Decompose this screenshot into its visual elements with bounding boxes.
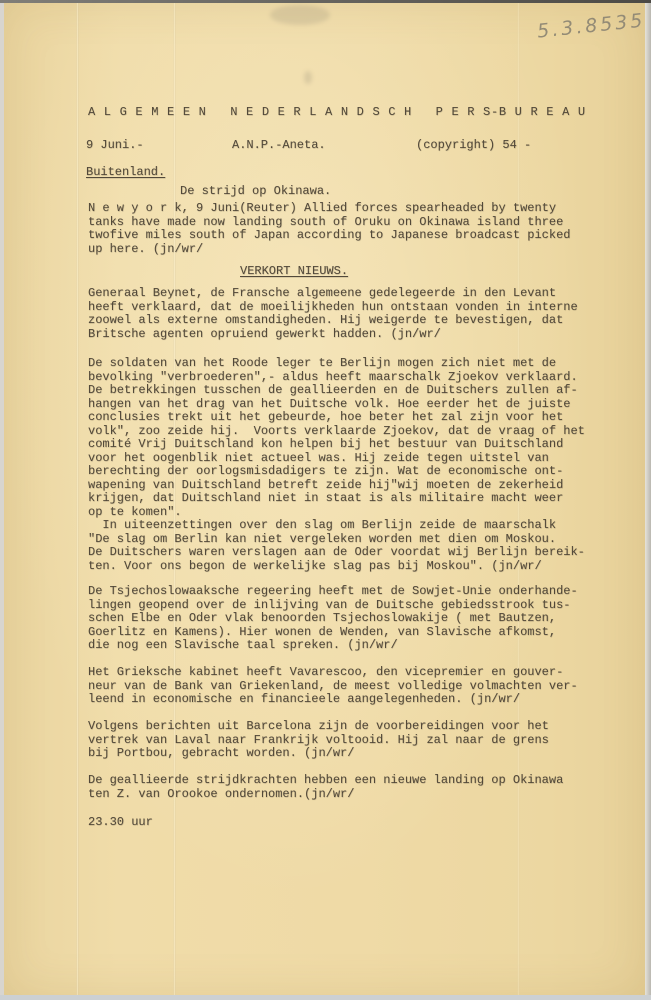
section-heading: Buitenland. xyxy=(86,166,165,180)
agency-credit: A.N.P.-Aneta. xyxy=(232,139,326,153)
paragraph-griekenland: Het Grieksche kabinet heeft Vavarescoo, … xyxy=(88,666,578,707)
text-line: Generaal Beynet, de Fransche algemeene g… xyxy=(88,287,578,301)
paper-sheet: 5.3.8535 A L G E M E E N N E D E R L A N… xyxy=(4,3,645,995)
text-line: ten. Voor ons begon de werkelijke slag p… xyxy=(88,560,585,574)
paragraph-okinawa-landing: De geallieerde strijdkrachten hebben een… xyxy=(88,774,563,801)
paragraph-tsjechoslowakije: De Tsjechoslowaaksche regeering heeft me… xyxy=(88,585,578,653)
scanned-document: 5.3.8535 A L G E M E E N N E D E R L A N… xyxy=(0,0,651,1000)
text-line: In uiteenzettingen over den slag om Berl… xyxy=(88,519,585,533)
text-line: berechting der oorlogsmisdadigers te zij… xyxy=(88,465,585,479)
timestamp: 23.30 uur xyxy=(88,816,153,830)
text-line: zoowel als externe omstandigheden. Hij w… xyxy=(88,314,578,328)
text-line: leend in economische en financieele aang… xyxy=(88,693,578,707)
paragraph-beynet: Generaal Beynet, de Fransche algemeene g… xyxy=(88,287,578,341)
text-line: comité Vrij Duitschland kon helpen bij h… xyxy=(88,438,585,452)
text-line: twofive miles south of Japan according t… xyxy=(88,229,570,243)
paragraph-barcelona: Volgens berichten uit Barcelona zijn de … xyxy=(88,720,549,761)
text-line: De geallieerde strijdkrachten hebben een… xyxy=(88,774,563,788)
pencil-smudge xyxy=(304,71,312,84)
text-line: krijgen, dat Duitschland niet in staat i… xyxy=(88,492,585,506)
text-line: Volgens berichten uit Barcelona zijn de … xyxy=(88,720,549,734)
text-line: op te komen". xyxy=(88,506,585,520)
paragraph-zjoekov: De soldaten van het Roode leger te Berli… xyxy=(88,357,585,573)
paragraph-newyork: N e w y o r k, 9 Juni(Reuter) Allied for… xyxy=(88,202,570,256)
text-line: volk", zoo zeide hij. Voorts verklaarde … xyxy=(88,425,585,439)
article-title: De strijd op Okinawa. xyxy=(180,185,331,199)
text-line: ten Z. van Orookoe ondernomen.(jn/wr/ xyxy=(88,788,563,802)
text-line: tanks have made now landing south of Oru… xyxy=(88,216,570,230)
text-line: De soldaten van het Roode leger te Berli… xyxy=(88,357,585,371)
text-line: wapening van Duitschland betreft zeide h… xyxy=(88,479,585,493)
pencil-smudge xyxy=(270,5,330,25)
text-line: up here. (jn/wr/ xyxy=(88,243,570,257)
text-line: Britsche agenten opruiend gewerkt hadden… xyxy=(88,328,578,342)
text-line: De Tsjechoslowaaksche regeering heeft me… xyxy=(88,585,578,599)
date-label: 9 Juni.- xyxy=(86,139,144,153)
dateline-row: 9 Juni.- A.N.P.-Aneta. (copyright) 54 - xyxy=(86,139,586,153)
text-line: schen Elbe en Oder vlak benoorden Tsjech… xyxy=(88,612,578,626)
text-line: die nog een Slavische taal spreken. (jn/… xyxy=(88,639,578,653)
text-line: lingen geopend over de inlijving van de … xyxy=(88,599,578,613)
text-line: voor het oogenblik niet actueel was. Hij… xyxy=(88,452,585,466)
copyright-label: (copyright) 54 - xyxy=(416,139,531,153)
text-line: Het Grieksche kabinet heeft Vavarescoo, … xyxy=(88,666,578,680)
agency-name-line: A L G E M E E N N E D E R L A N D S C H … xyxy=(88,106,586,120)
scan-edge-right xyxy=(645,0,651,1000)
text-line: bij Portbou, gebracht worden. (jn/wr/ xyxy=(88,747,549,761)
text-line: Goerlitz en Kamens). Hier wonen de Wende… xyxy=(88,626,578,640)
text-line: De betrekkingen tusschen de geallieerden… xyxy=(88,384,585,398)
subheading-verkort-nieuws: VERKORT NIEUWS. xyxy=(240,265,348,279)
text-line: "De slag om Berlin kan niet vergeleken w… xyxy=(88,533,585,547)
text-line: vertrek van Laval naar Frankrijk voltooi… xyxy=(88,734,549,748)
text-line: hangen van het drag van het Duitsche vol… xyxy=(88,398,585,412)
archive-number-annotation: 5.3.8535 xyxy=(536,9,646,42)
text-line: conclusies trekt uit het gebeurde, hoe b… xyxy=(88,411,585,425)
text-line: N e w y o r k, 9 Juni(Reuter) Allied for… xyxy=(88,202,570,216)
scan-edge-bottom xyxy=(0,995,651,1000)
text-line: bevolking "verbroederen",- aldus heeft m… xyxy=(88,371,585,385)
paper-fold-line xyxy=(76,3,79,995)
text-line: heeft verklaard, dat de moeilijkheden hu… xyxy=(88,301,578,315)
text-line: De Duitschers waren verslagen aan de Ode… xyxy=(88,546,585,560)
text-line: neur van de Bank van Griekenland, de mee… xyxy=(88,680,578,694)
